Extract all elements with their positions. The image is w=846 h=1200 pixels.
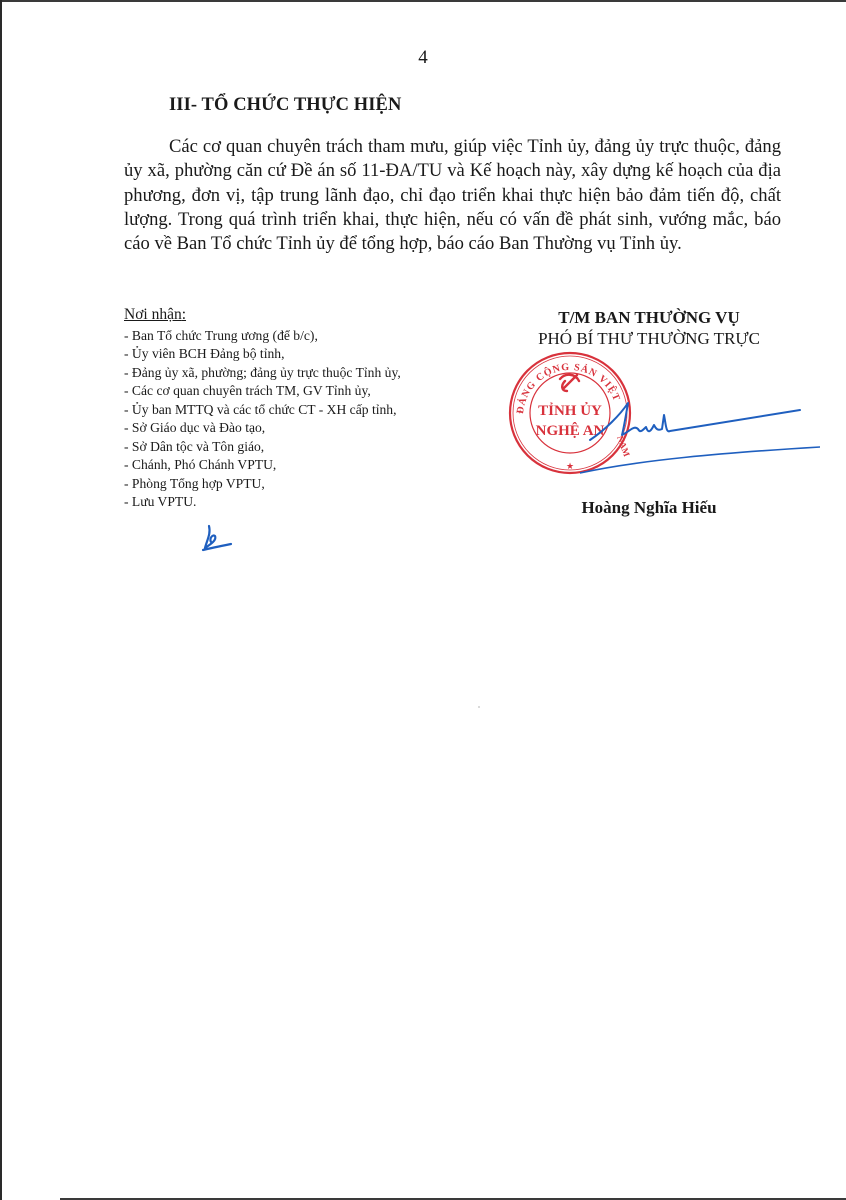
recipients-list: - Ban Tổ chức Trung ương (để b/c), - Ủy …: [124, 327, 401, 512]
recipient-item: - Sở Dân tộc và Tôn giáo,: [124, 438, 401, 457]
recipients-title-text: Nơi nhận: [124, 306, 182, 323]
recipient-item: - Phòng Tổng hợp VPTU,: [124, 475, 401, 494]
recipients-block: Nơi nhận: - Ban Tổ chức Trung ương (để b…: [124, 306, 401, 512]
signature-block: T/M BAN THƯỜNG VỤ PHÓ BÍ THƯ THƯỜNG TRỰC: [484, 307, 814, 349]
recipient-item: - Lưu VPTU.: [124, 493, 401, 512]
scan-edge-top: [0, 0, 846, 2]
recipient-item: - Chánh, Phó Chánh VPTU,: [124, 456, 401, 475]
recipients-title: Nơi nhận:: [124, 306, 401, 325]
signer-name: Hoàng Nghĩa Hiếu: [484, 498, 814, 518]
page-number: 4: [0, 47, 846, 69]
recipient-item: - Sở Giáo dục và Đào tạo,: [124, 419, 401, 438]
svg-text:★: ★: [566, 462, 574, 472]
body-paragraph: Các cơ quan chuyên trách tham mưu, giúp …: [124, 135, 781, 256]
recipient-item: - Các cơ quan chuyên trách TM, GV Tỉnh ủ…: [124, 382, 401, 401]
scan-speck: [478, 706, 480, 708]
scan-edge-left: [0, 0, 2, 1200]
recipient-item: - Đảng ủy xã, phường; đảng ủy trực thuộc…: [124, 364, 401, 383]
recipient-item: - Ban Tổ chức Trung ương (để b/c),: [124, 327, 401, 346]
recipients-title-colon: :: [182, 306, 186, 323]
on-behalf-label: T/M BAN THƯỜNG VỤ: [484, 307, 814, 328]
initial-mark-icon: [197, 518, 237, 558]
recipient-item: - Ủy viên BCH Đảng bộ tỉnh,: [124, 345, 401, 364]
section-heading: III- TỔ CHỨC THỰC HIỆN: [169, 95, 401, 116]
recipient-item: - Ủy ban MTTQ và các tổ chức CT - XH cấp…: [124, 401, 401, 420]
handwritten-signature-icon: [580, 395, 820, 475]
